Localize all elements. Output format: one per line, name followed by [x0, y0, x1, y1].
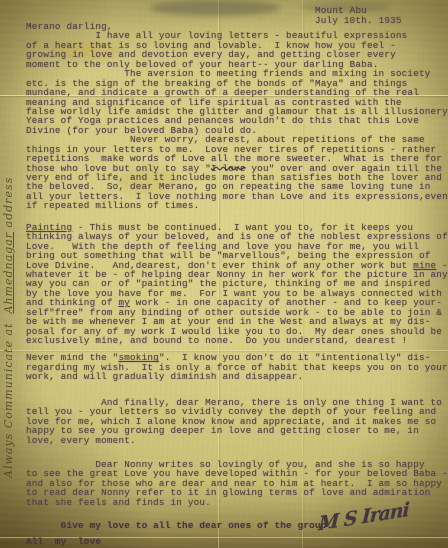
handwritten-margin-note: Always Communicate at Ahmednagar address [2, 118, 15, 478]
ink-smudge-stain [150, 0, 280, 16]
letter-paragraph: All my love [26, 537, 446, 546]
letter-paragraph: Dear Nonny writes so lovingly of you, an… [26, 460, 446, 507]
letter-line: work, and will gradually diminish and di… [26, 372, 446, 381]
letter-line: exclusively mine, and bound to none. Do … [26, 336, 446, 345]
letter-paragraph: And finally, dear Merano, there is only … [26, 398, 446, 445]
letter-paragraph: Never mind the "smoking". I know you don… [26, 353, 446, 381]
letter-body: Merano darling, I have all your loving l… [26, 22, 446, 546]
letter-paragraph: Merano darling, I have all your loving l… [26, 22, 446, 211]
letter-line: love, every moment. [26, 436, 446, 445]
letter-line: if repeated millions of times. [26, 201, 446, 210]
letter-line: All my love [26, 537, 446, 546]
letter-paragraph: Painting - This must be continued. I wan… [26, 223, 446, 346]
